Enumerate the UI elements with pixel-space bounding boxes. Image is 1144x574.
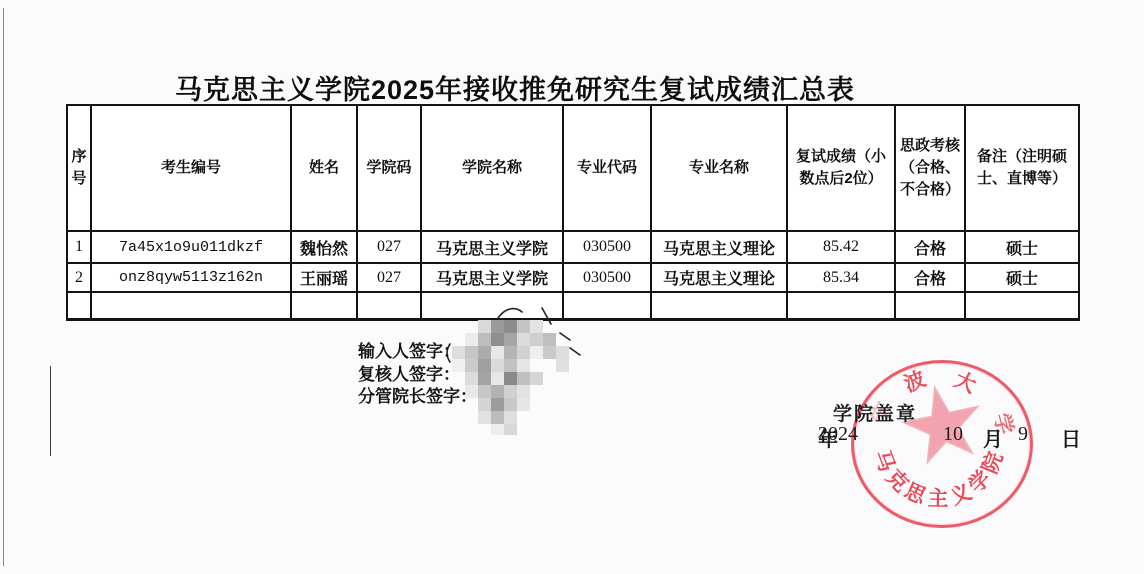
- table-cell: 硕士: [965, 231, 1079, 263]
- reviewer-signer-label: 复核人签字：: [358, 364, 477, 387]
- date-day: 9: [1018, 423, 1028, 446]
- table-header-row: 序号 考生编号 姓名 学院码 学院名称 专业代码 专业名称 复试成绩（小数点后2…: [67, 105, 1079, 231]
- table-cell: onz8qyw5113z162n: [91, 263, 291, 292]
- dean-signer-label: 分管院长签字：: [358, 386, 477, 409]
- header-candidate-id: 考生编号: [91, 105, 291, 231]
- table-cell: 85.42: [787, 231, 895, 263]
- table-cell: 7a45x1o9u011dkzf: [91, 231, 291, 263]
- table-cell: 027: [357, 231, 421, 263]
- header-remarks: 备注（注明硕士、直博等）: [965, 105, 1079, 231]
- page-title: 马克思主义学院2025年接收推免研究生复试成绩汇总表: [0, 68, 1030, 107]
- header-ideology-check: 思政考核（合格、不合格）: [895, 105, 965, 231]
- date-month: 10: [943, 423, 963, 446]
- header-major-name: 专业名称: [651, 105, 787, 231]
- table-cell: 合格: [895, 263, 965, 292]
- table-cell: [787, 292, 895, 319]
- table-cell: 硕士: [965, 263, 1079, 292]
- table-cell: [67, 292, 91, 319]
- score-summary-table: 序号 考生编号 姓名 学院码 学院名称 专业代码 专业名称 复试成绩（小数点后2…: [66, 104, 1080, 321]
- table-cell: 马克思主义学院: [421, 263, 563, 292]
- table-cell: 2: [67, 263, 91, 292]
- table-cell: 合格: [895, 231, 965, 263]
- header-index: 序号: [67, 105, 91, 231]
- table-cell: 王丽瑶: [291, 263, 357, 292]
- college-stamp-caption: 学院盖章: [833, 399, 917, 426]
- table-cell: 030500: [563, 231, 651, 263]
- header-retest-score: 复试成绩（小数点后2位）: [787, 105, 895, 231]
- signature-block: 输入人签字： 复核人签字： 分管院长签字：: [358, 341, 477, 409]
- table-cell: [895, 292, 965, 319]
- input-signer-label: 输入人签字：: [358, 341, 477, 364]
- table-cell: [651, 292, 787, 319]
- date-month-label: 月: [983, 423, 1003, 452]
- table-cell: 1: [67, 231, 91, 263]
- table-cell: 030500: [563, 263, 651, 292]
- date-day-label: 日: [1061, 423, 1081, 452]
- table-cell: [357, 292, 421, 319]
- table-row: 17a45x1o9u011dkzf魏怡然027马克思主义学院030500马克思主…: [67, 231, 1079, 263]
- table-cell: [91, 292, 291, 319]
- scan-stray-mark: [50, 366, 51, 456]
- table-cell: 马克思主义理论: [651, 231, 787, 263]
- scanned-document-page: 马克思主义学院2025年接收推免研究生复试成绩汇总表 序号 考生编号 姓名 学院…: [0, 0, 1144, 574]
- table-row: 2onz8qyw5113z162n王丽瑶027马克思主义学院030500马克思主…: [67, 263, 1079, 292]
- table-cell: 魏怡然: [291, 231, 357, 263]
- header-college-name: 学院名称: [421, 105, 563, 231]
- header-college-code: 学院码: [357, 105, 421, 231]
- table-cell: [291, 292, 357, 319]
- table-cell: 马克思主义学院: [421, 231, 563, 263]
- table-cell: 85.34: [787, 263, 895, 292]
- header-major-code: 专业代码: [563, 105, 651, 231]
- table-cell: 马克思主义理论: [651, 263, 787, 292]
- table-cell: [965, 292, 1079, 319]
- seal-bottom-arc-char: 主: [927, 488, 948, 509]
- table-cell: 027: [357, 263, 421, 292]
- header-name: 姓名: [291, 105, 357, 231]
